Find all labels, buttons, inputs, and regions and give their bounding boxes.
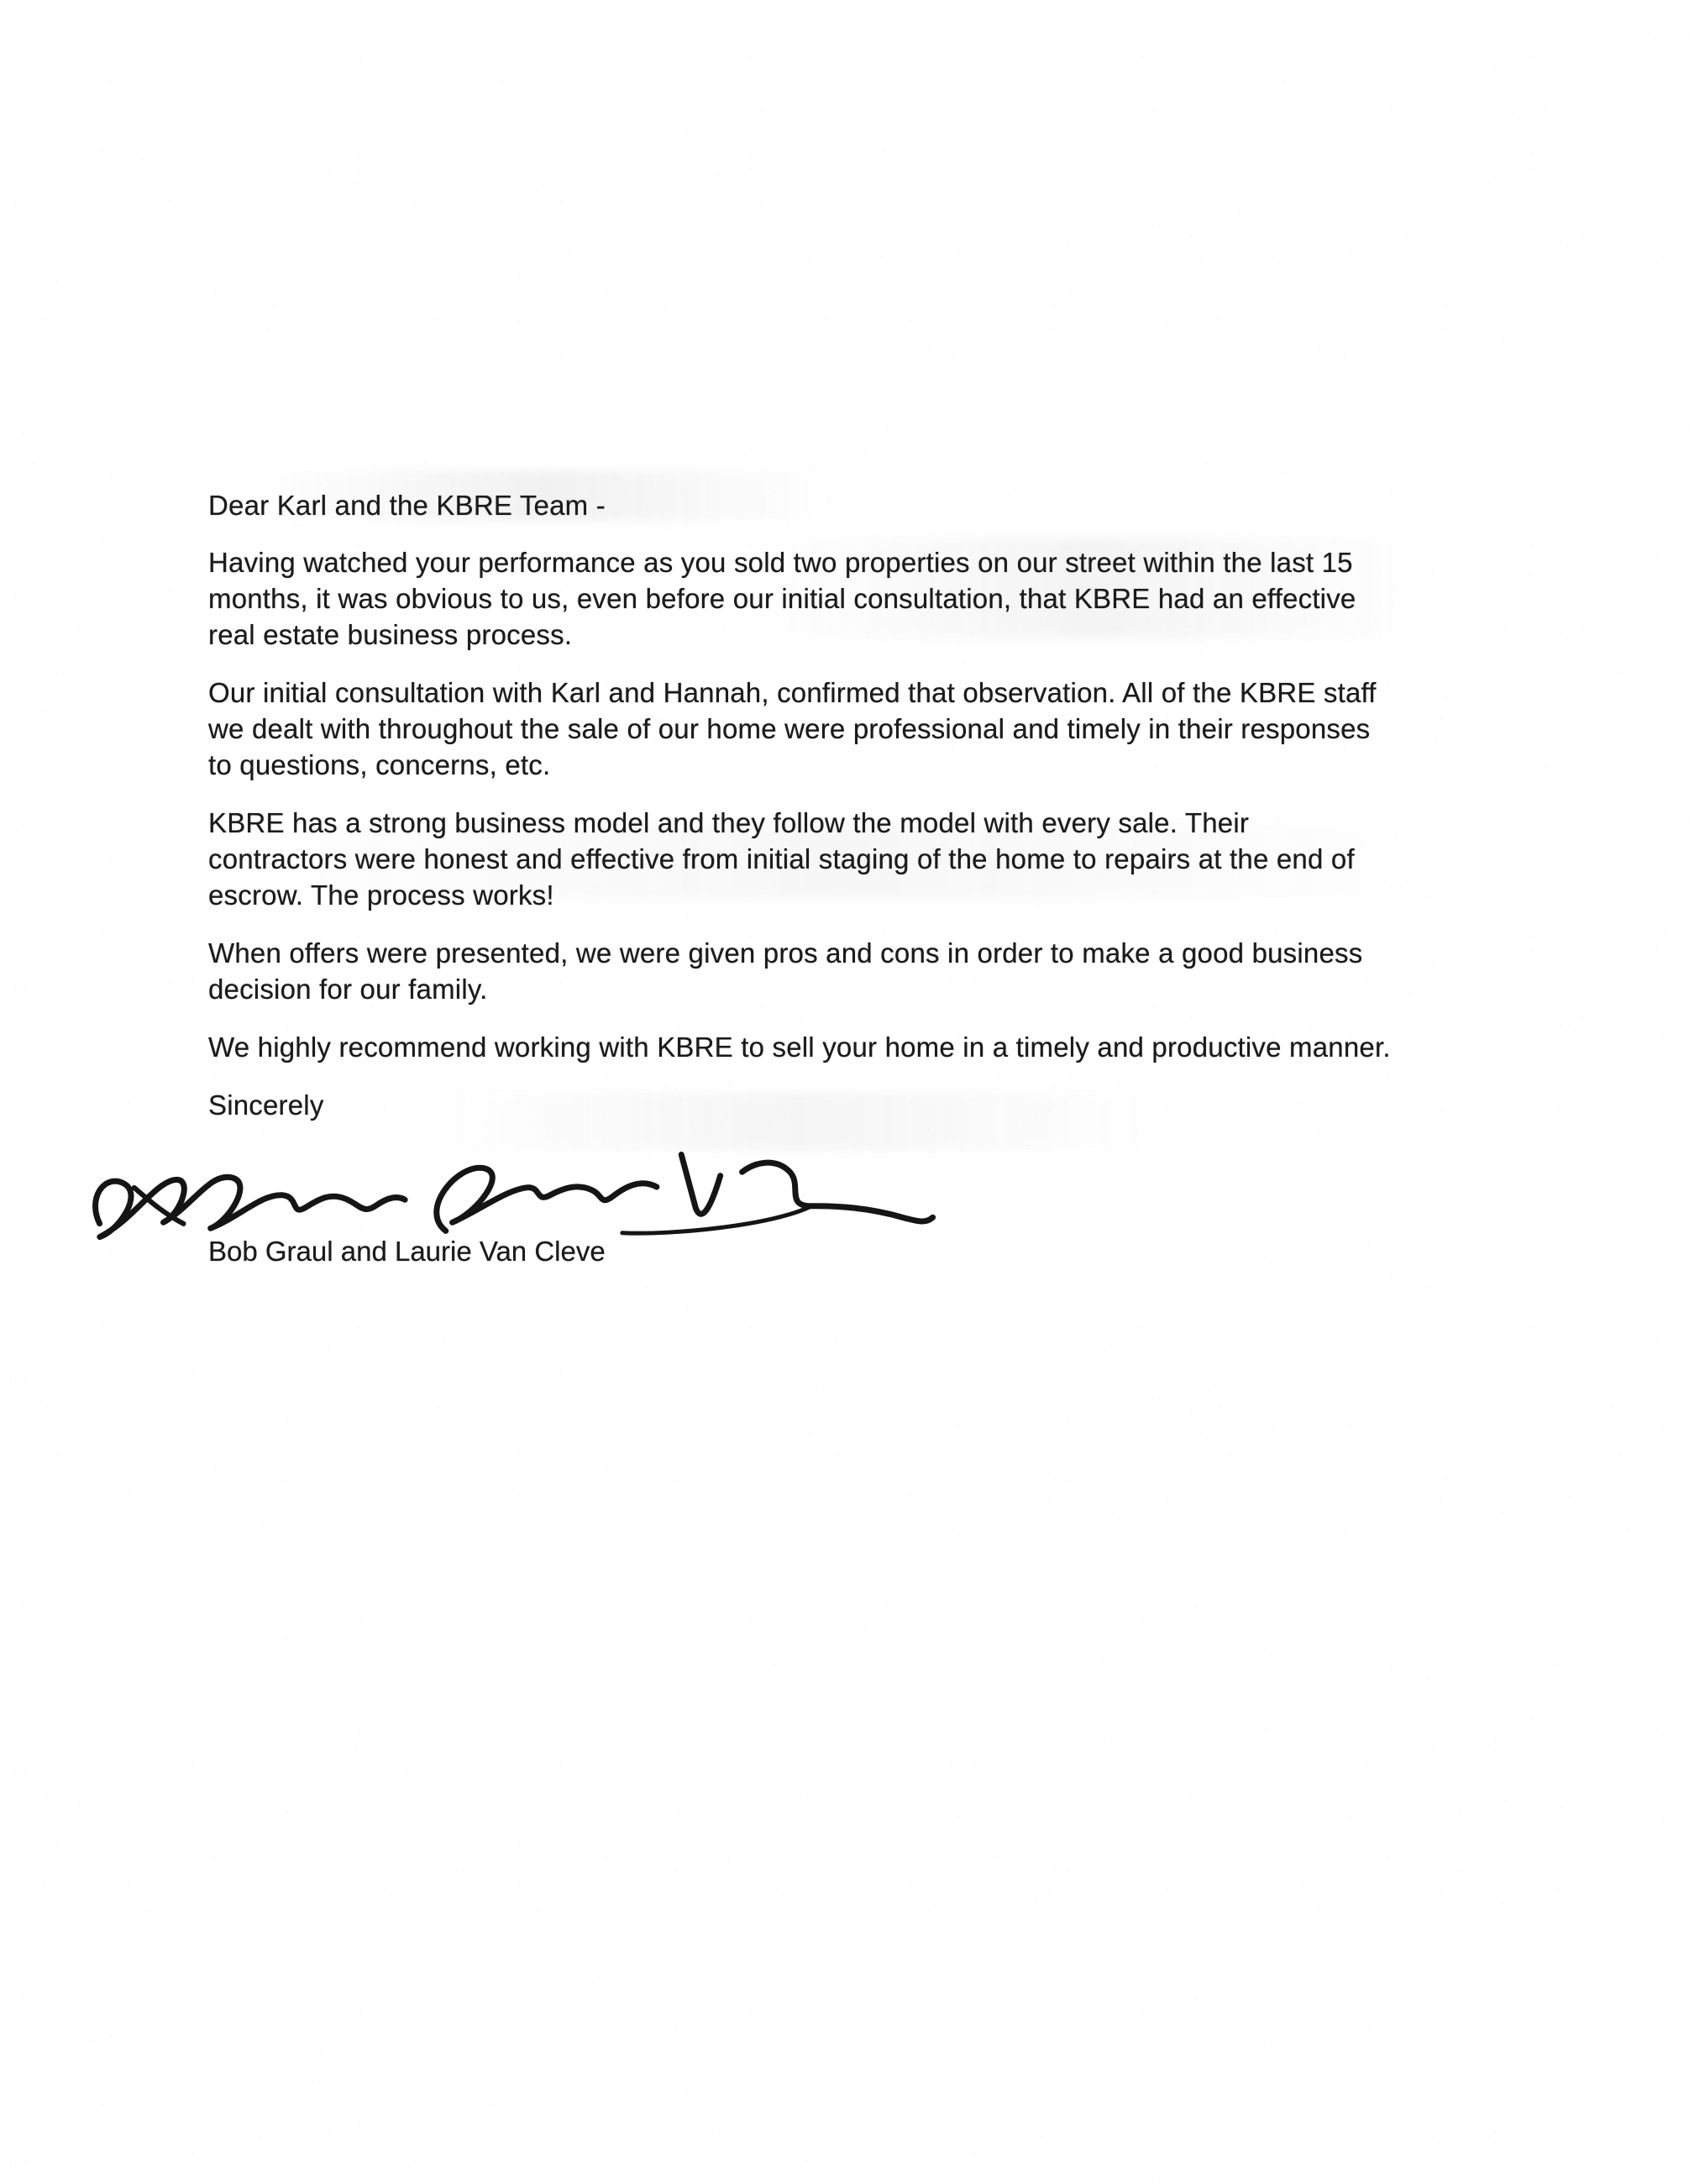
salutation: Dear Karl and the KBRE Team - [208, 487, 1477, 523]
paragraph-2: Our initial consultation with Karl and H… [208, 675, 1477, 783]
paragraph-5: We highly recommend working with KBRE to… [208, 1029, 1477, 1065]
paragraph-4: When offers were presented, we were give… [208, 935, 1477, 1007]
scanned-letter-page: { "page": { "kind": "scanned testimonial… [0, 0, 1689, 2184]
signature-names: Bob Graul and Laurie Van Cleve [208, 1233, 606, 1269]
letter-body: Dear Karl and the KBRE Team - Having wat… [208, 487, 1477, 1123]
closing-sincerely: Sincerely [208, 1087, 1477, 1123]
paragraph-3: KBRE has a strong business model and the… [208, 805, 1477, 913]
paragraph-1: Having watched your performance as you s… [208, 544, 1477, 653]
